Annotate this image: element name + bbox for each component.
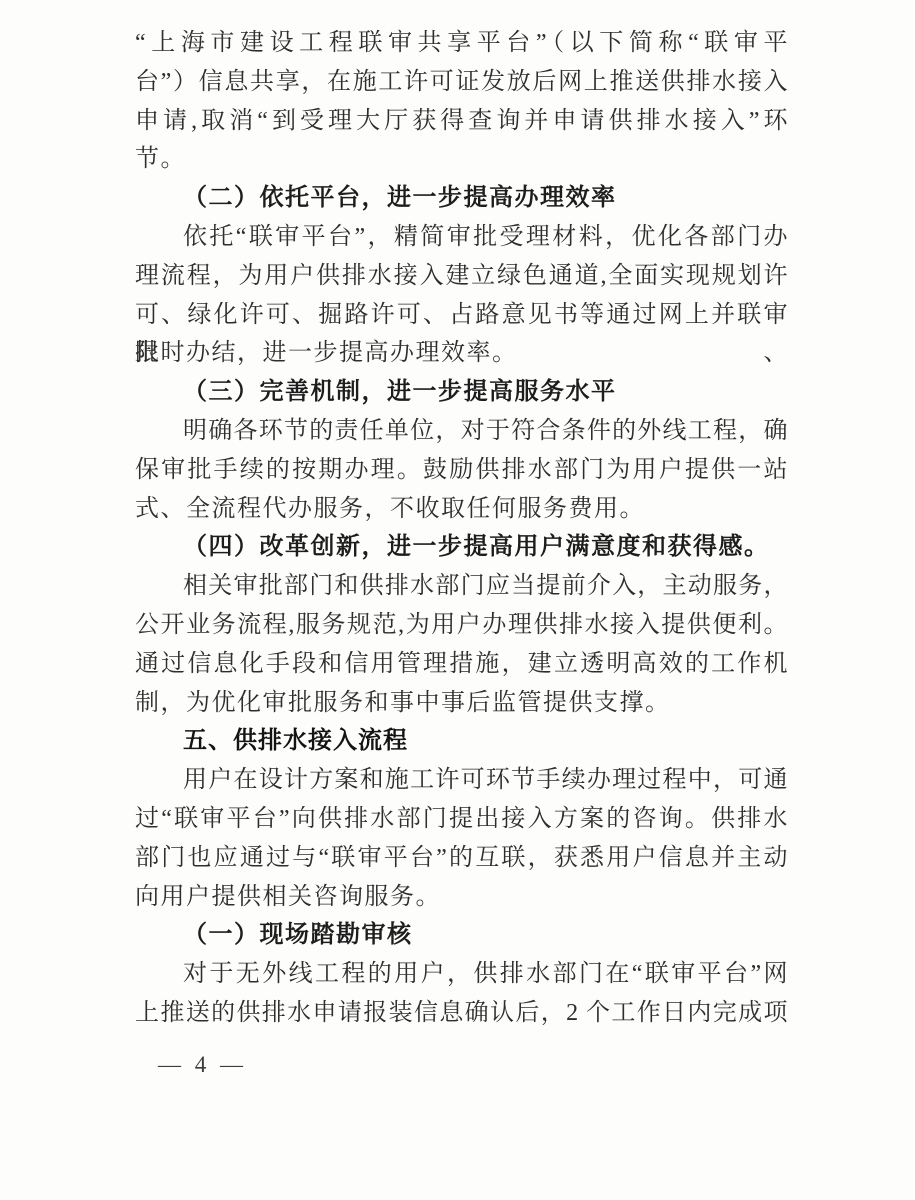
- body-line: 可、绿化许可、掘路许可、占路意见书等通过网上并联审批、: [135, 296, 788, 335]
- body-line: 用户在设计方案和施工许可环节手续办理过程中，可通: [135, 761, 788, 800]
- body-line: 通过信息化手段和信用管理措施，建立透明高效的工作机: [135, 645, 788, 684]
- document-body: “上海市建设工程联审共享平台”（以下简称“联审平 台”）信息共享，在施工许可证发…: [135, 24, 788, 1033]
- body-line: 保审批手续的按期办理。鼓励供排水部门为用户提供一站: [135, 451, 788, 490]
- body-line: 申请,取消“到受理大厅获得查询并申请供排水接入”环: [135, 102, 788, 141]
- body-line: 部门也应通过与“联审平台”的互联，获悉用户信息并主动: [135, 839, 788, 878]
- body-line: 式、全流程代办服务，不收取任何服务费用。: [135, 490, 788, 529]
- heading-section-3: （三）完善机制，进一步提高服务水平: [135, 373, 788, 412]
- body-line: 上推送的供排水申请报装信息确认后，2 个工作日内完成项: [135, 994, 788, 1033]
- body-line: 制，为优化审批服务和事中事后监管提供支撑。: [135, 684, 788, 723]
- body-line: 依托“联审平台”，精简审批受理材料，优化各部门办: [135, 218, 788, 257]
- body-line: 台”）信息共享，在施工许可证发放后网上推送供排水接入: [135, 63, 788, 102]
- body-line: 相关审批部门和供排水部门应当提前介入，主动服务，: [135, 567, 788, 606]
- heading-section-2: （二）依托平台，进一步提高办理效率: [135, 179, 788, 218]
- body-line: 明确各环节的责任单位，对于符合条件的外线工程，确: [135, 412, 788, 451]
- body-line: “上海市建设工程联审共享平台”（以下简称“联审平: [135, 24, 788, 63]
- heading-chapter-5: 五、供排水接入流程: [135, 722, 788, 761]
- body-line: 向用户提供相关咨询服务。: [135, 878, 788, 917]
- body-line: 节。: [135, 140, 788, 179]
- body-line: 过“联审平台”向供排水部门提出接入方案的咨询。供排水: [135, 800, 788, 839]
- document-page: “上海市建设工程联审共享平台”（以下简称“联审平 台”）信息共享，在施工许可证发…: [0, 0, 915, 1200]
- body-line: 公开业务流程,服务规范,为用户办理供排水接入提供便利。: [135, 606, 788, 645]
- body-line: 对于无外线工程的用户，供排水部门在“联审平台”网: [135, 955, 788, 994]
- heading-section-1: （一）现场踏勘审核: [135, 916, 788, 955]
- page-number: — 4 —: [158, 1052, 247, 1078]
- heading-section-4: （四）改革创新，进一步提高用户满意度和获得感。: [135, 528, 788, 567]
- body-line: 理流程，为用户供排水接入建立绿色通道,全面实现规划许: [135, 257, 788, 296]
